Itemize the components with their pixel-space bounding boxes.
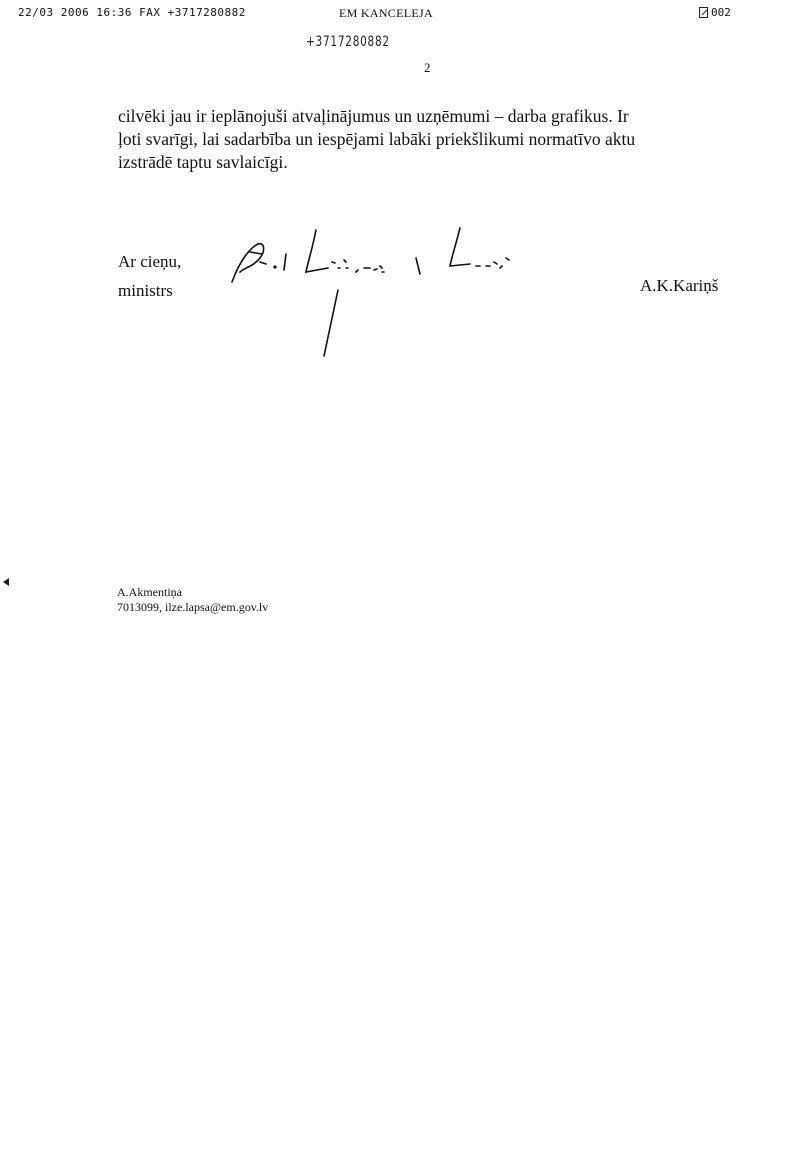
body-line: izstrādē taptu savlaicīgi. [118,151,748,174]
fax-page-icon [699,7,708,18]
fax-timestamp-line: 22/03 2006 16:36 FAX +3717280882 [18,6,246,19]
closing-salutation: Ar cieņu, [118,247,181,276]
contact-name: A.Akmentiņa [117,585,268,600]
letter-body: cilvēki jau ir ieplānojuši atvaļinājumus… [118,105,748,174]
fax-page-counter: 002 [699,6,731,19]
closing-block: Ar cieņu, ministrs [118,247,181,305]
signer-position: ministrs [118,276,181,305]
fax-department: EM KANCELEJA [339,6,433,21]
sender-fax-number: +3717280882 [306,34,390,50]
signer-name: A.K.Kariņš [640,276,718,296]
fax-page-counter-value: 002 [711,6,731,19]
body-line: cilvēki jau ir ieplānojuši atvaļinājumus… [118,105,748,128]
left-arrow-marker-icon [3,578,9,586]
body-line: ļoti svarīgi, lai sadarbība un iespējami… [118,128,748,151]
contact-block: A.Akmentiņa 7013099, ilze.lapsa@em.gov.l… [117,585,268,615]
handwritten-signature [220,210,560,370]
contact-details: 7013099, ilze.lapsa@em.gov.lv [117,600,268,615]
page-number: 2 [424,60,431,76]
